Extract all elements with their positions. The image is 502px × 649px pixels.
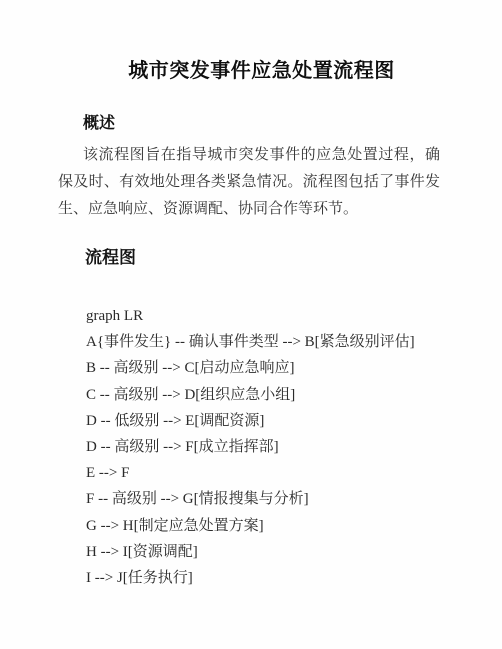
document-page: 城市突发事件应急处置流程图 概述 该流程图旨在指导城市突发事件的应急处置过程，确…: [0, 0, 502, 649]
overview-heading: 概述: [83, 114, 115, 134]
document-title: 城市突发事件应急处置流程图: [83, 57, 440, 85]
mermaid-code-block: graph LR A{事件发生} -- 确认事件类型 --> B[紧急级别评估]…: [86, 303, 476, 591]
mermaid-code-line: F -- 高级别 --> G[情报搜集与分析]: [86, 486, 476, 512]
mermaid-code-line: G --> H[制定应急处置方案]: [86, 513, 476, 539]
mermaid-code-line: graph LR: [86, 303, 476, 329]
mermaid-code-line: I --> J[任务执行]: [86, 565, 476, 591]
mermaid-code-line: D -- 低级别 --> E[调配资源]: [86, 408, 476, 434]
overview-paragraph: 该流程图旨在指导城市突发事件的应急处置过程，确保及时、有效地处理各类紧急情况。流…: [58, 142, 440, 224]
mermaid-code-line: E --> F: [86, 460, 476, 486]
mermaid-code-line: A{事件发生} -- 确认事件类型 --> B[紧急级别评估]: [86, 329, 476, 355]
mermaid-code-line: B -- 高级别 --> C[启动应急响应]: [86, 355, 476, 381]
mermaid-code-line: H --> I[资源调配]: [86, 539, 476, 565]
mermaid-code-line: D -- 高级别 --> F[成立指挥部]: [86, 434, 476, 460]
mermaid-code-line: C -- 高级别 --> D[组织应急小组]: [86, 382, 476, 408]
flowchart-heading: 流程图: [85, 247, 136, 268]
